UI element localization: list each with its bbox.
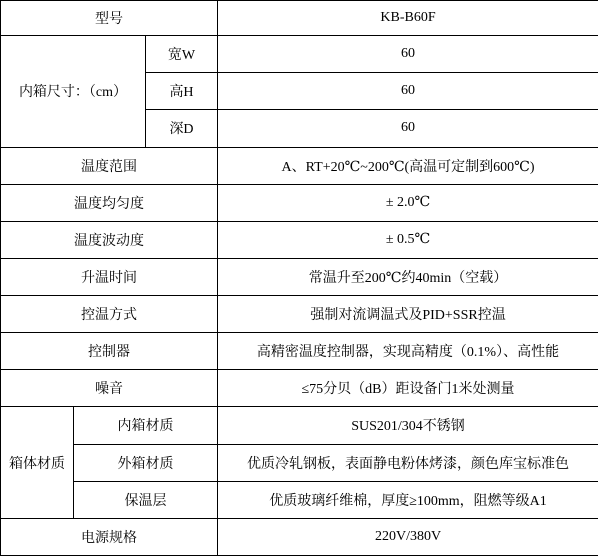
table-row: 温度均匀度 ± 2.0℃ [1, 184, 598, 221]
noise-label: 噪音 [1, 370, 218, 407]
dim-height-value: 60 [218, 73, 598, 110]
table-row: 外箱材质 优质冷轧钢板，表面静电粉体烤漆，颜色库宝标准色 [1, 444, 598, 481]
insulation-label: 保温层 [74, 481, 218, 518]
noise-value: ≤75分贝（dB）距设备门1米处测量 [218, 370, 598, 407]
heatup-time-label: 升温时间 [1, 258, 218, 295]
temp-uniformity-value: ± 2.0℃ [218, 184, 598, 221]
outer-material-value: 优质冷轧钢板，表面静电粉体烤漆，颜色库宝标准色 [218, 444, 598, 481]
dim-height-label: 高H [146, 73, 218, 110]
table-row: 电源规格 220V/380V [1, 518, 598, 555]
table-row: 控制器 高精密温度控制器，实现高精度（0.1%）、高性能 [1, 333, 598, 370]
power-spec-value: 220V/380V [218, 518, 598, 555]
table-row: 控温方式 强制对流调温式及PID+SSR控温 [1, 296, 598, 333]
dim-width-label: 宽W [146, 36, 218, 73]
temp-fluctuation-value: ± 0.5℃ [218, 221, 598, 258]
table-row: 噪音 ≤75分贝（dB）距设备门1米处测量 [1, 370, 598, 407]
temp-uniformity-label: 温度均匀度 [1, 184, 218, 221]
table-row: 型号 KB-B60F [1, 1, 598, 36]
insulation-value: 优质玻璃纤维棉，厚度≥100mm，阻燃等级A1 [218, 481, 598, 518]
table-row: 温度波动度 ± 0.5℃ [1, 221, 598, 258]
dim-depth-label: 深D [146, 110, 218, 147]
table-row: 内箱尺寸：（cm） 宽W 60 [1, 36, 598, 73]
table-row: 保温层 优质玻璃纤维棉，厚度≥100mm，阻燃等级A1 [1, 481, 598, 518]
dim-width-value: 60 [218, 36, 598, 73]
temp-fluctuation-label: 温度波动度 [1, 221, 218, 258]
temp-range-label: 温度范围 [1, 147, 218, 184]
model-label: 型号 [1, 1, 218, 36]
spec-sheet-page: 型号 KB-B60F 内箱尺寸：（cm） 宽W 60 高H 60 深D 60 温… [0, 0, 598, 556]
temp-control-mode-label: 控温方式 [1, 296, 218, 333]
temp-range-value: A、RT+20℃~200℃(高温可定制到600℃) [218, 147, 598, 184]
inner-material-value: SUS201/304不锈钢 [218, 407, 598, 444]
power-spec-label: 电源规格 [1, 518, 218, 555]
outer-material-label: 外箱材质 [74, 444, 218, 481]
heatup-time-value: 常温升至200℃约40min（空载） [218, 258, 598, 295]
controller-value: 高精密温度控制器，实现高精度（0.1%）、高性能 [218, 333, 598, 370]
table-row: 升温时间 常温升至200℃约40min（空载） [1, 258, 598, 295]
dim-depth-value: 60 [218, 110, 598, 147]
inner-material-label: 内箱材质 [74, 407, 218, 444]
cabinet-material-label: 箱体材质 [1, 407, 74, 518]
model-value: KB-B60F [218, 1, 598, 36]
table-row: 箱体材质 内箱材质 SUS201/304不锈钢 [1, 407, 598, 444]
product-spec-table: 型号 KB-B60F 内箱尺寸：（cm） 宽W 60 高H 60 深D 60 温… [0, 0, 598, 556]
temp-control-mode-value: 强制对流调温式及PID+SSR控温 [218, 296, 598, 333]
inner-size-label: 内箱尺寸：（cm） [1, 36, 146, 147]
controller-label: 控制器 [1, 333, 218, 370]
table-row: 温度范围 A、RT+20℃~200℃(高温可定制到600℃) [1, 147, 598, 184]
